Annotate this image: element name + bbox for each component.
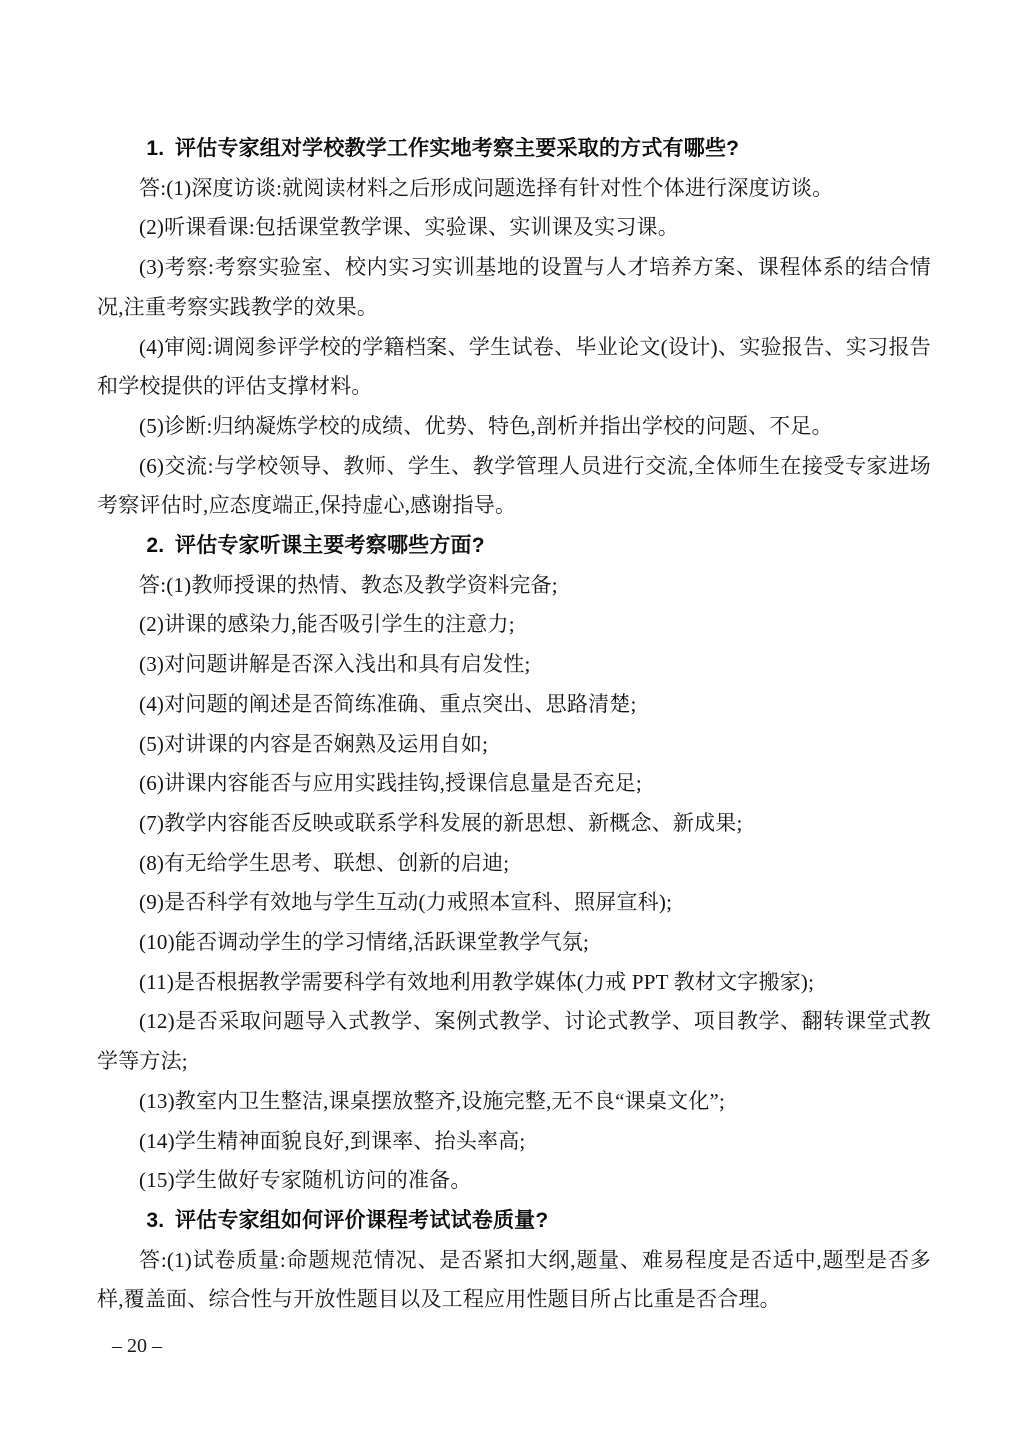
question-2-heading: 2. 评估专家听课主要考察哪些方面? <box>97 526 931 566</box>
answer-2-paragraph-9: (9)是否科学有效地与学生互动(力戒照本宣科、照屏宣科); <box>97 883 931 923</box>
answer-2-paragraph-11: (11)是否根据教学需要科学有效地利用教学媒体(力戒 PPT 教材文字搬家); <box>97 963 931 1003</box>
question-3-heading: 3. 评估专家组如何评价课程考试试卷质量? <box>97 1201 931 1241</box>
answer-2-paragraph-15: (15)学生做好专家随机访问的准备。 <box>97 1161 931 1201</box>
answer-2-paragraph-2: (2)讲课的感染力,能否吸引学生的注意力; <box>97 605 931 645</box>
answer-2-paragraph-3: (3)对问题讲解是否深入浅出和具有启发性; <box>97 645 931 685</box>
document-page: 1. 评估专家组对学校教学工作实地考察主要采取的方式有哪些? 答:(1)深度访谈… <box>0 0 1024 1447</box>
answer-1-paragraph-2: (2)听课看课:包括课堂教学课、实验课、实训课及实习课。 <box>97 208 931 248</box>
document-content: 1. 评估专家组对学校教学工作实地考察主要采取的方式有哪些? 答:(1)深度访谈… <box>97 129 931 1320</box>
answer-2-paragraph-14: (14)学生精神面貌良好,到课率、抬头率高; <box>97 1122 931 1162</box>
answer-3-paragraph-1: 答:(1)试卷质量:命题规范情况、是否紧扣大纲,题量、难易程度是否适中,题型是否… <box>97 1241 931 1320</box>
answer-2-paragraph-1: 答:(1)教师授课的热情、教态及教学资料完备; <box>97 566 931 606</box>
question-1-heading: 1. 评估专家组对学校教学工作实地考察主要采取的方式有哪些? <box>97 129 931 169</box>
answer-2-paragraph-13: (13)教室内卫生整洁,课桌摆放整齐,设施完整,无不良“课桌文化”; <box>97 1082 931 1122</box>
answer-2-paragraph-8: (8)有无给学生思考、联想、创新的启迪; <box>97 844 931 884</box>
answer-2-paragraph-7: (7)教学内容能否反映或联系学科发展的新思想、新概念、新成果; <box>97 804 931 844</box>
answer-2-paragraph-5: (5)对讲课的内容是否娴熟及运用自如; <box>97 725 931 765</box>
answer-2-paragraph-6: (6)讲课内容能否与应用实践挂钩,授课信息量是否充足; <box>97 764 931 804</box>
answer-1-paragraph-6: (6)交流:与学校领导、教师、学生、教学管理人员进行交流,全体师生在接受专家进场… <box>97 447 931 526</box>
answer-1-paragraph-1: 答:(1)深度访谈:就阅读材料之后形成问题选择有针对性个体进行深度访谈。 <box>97 169 931 209</box>
answer-2-paragraph-12: (12)是否采取问题导入式教学、案例式教学、讨论式教学、项目教学、翻转课堂式教学… <box>97 1002 931 1081</box>
answer-2-paragraph-4: (4)对问题的阐述是否简练准确、重点突出、思路清楚; <box>97 685 931 725</box>
page-number: – 20 – <box>112 1334 162 1358</box>
answer-1-paragraph-3: (3)考察:考察实验室、校内实习实训基地的设置与人才培养方案、课程体系的结合情况… <box>97 248 931 327</box>
answer-2-paragraph-10: (10)能否调动学生的学习情绪,活跃课堂教学气氛; <box>97 923 931 963</box>
answer-1-paragraph-4: (4)审阅:调阅参评学校的学籍档案、学生试卷、毕业论文(设计)、实验报告、实习报… <box>97 328 931 407</box>
answer-1-paragraph-5: (5)诊断:归纳凝炼学校的成绩、优势、特色,剖析并指出学校的问题、不足。 <box>97 407 931 447</box>
